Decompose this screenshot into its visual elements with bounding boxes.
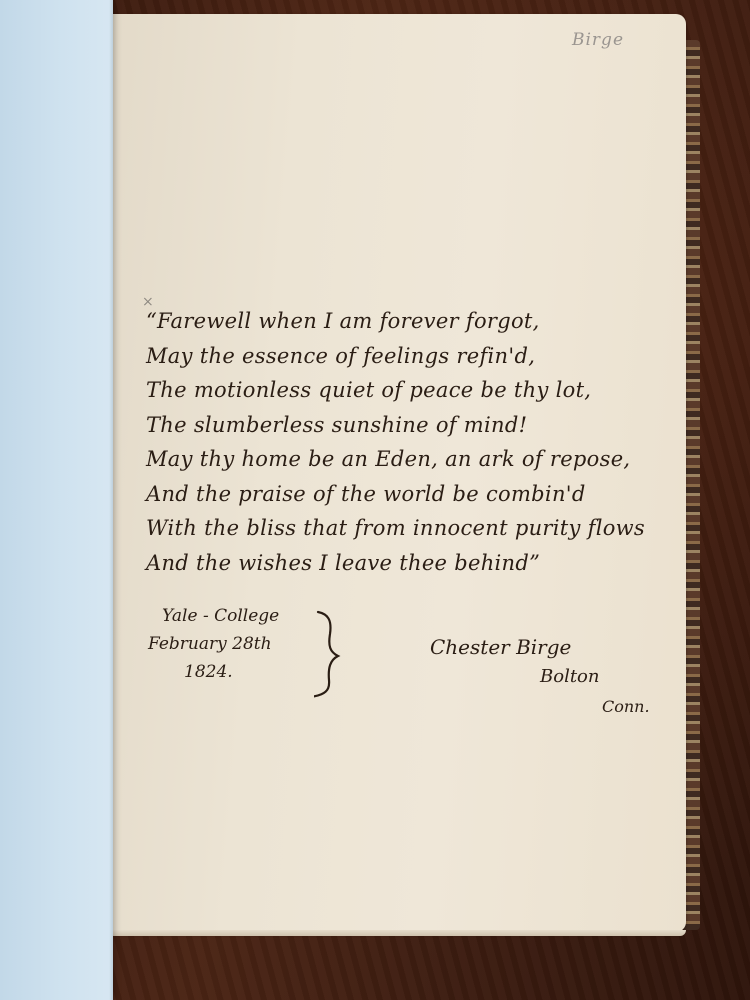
poem-line: And the praise of the world be combin'd — [146, 477, 686, 512]
book-marbled-edge — [684, 40, 700, 930]
dateline-place: Yale - College — [148, 602, 279, 630]
poem-line: May thy home be an Eden, an ark of repos… — [146, 442, 686, 477]
facing-blue-page — [0, 0, 113, 1000]
poem-verse: “Farewell when I am forever forgot, May … — [146, 304, 686, 580]
pencil-annotation: Birge — [572, 30, 624, 50]
album-page: Birge × “Farewell when I am forever forg… — [112, 14, 686, 932]
poem-line: The motionless quiet of peace be thy lot… — [146, 373, 686, 408]
poem-line: And the wishes I leave thee behind” — [146, 546, 686, 581]
dateline-date: February 28th — [148, 630, 279, 658]
poem-line: With the bliss that from innocent purity… — [146, 511, 686, 546]
signature-town: Bolton — [430, 662, 650, 692]
curly-brace-icon — [314, 610, 344, 702]
dateline: Yale - College February 28th 1824. — [148, 602, 279, 686]
page-deckle-edge — [112, 930, 686, 936]
poem-line: The slumberless sunshine of mind! — [146, 408, 686, 443]
poem-line: May the essence of feelings refin'd, — [146, 339, 686, 374]
dateline-year: 1824. — [148, 658, 279, 686]
signature-state: Conn. — [430, 692, 650, 722]
poem-line: “Farewell when I am forever forgot, — [146, 304, 686, 339]
signature-block: Chester Birge Bolton Conn. — [430, 632, 650, 722]
signature-name: Chester Birge — [430, 632, 650, 662]
